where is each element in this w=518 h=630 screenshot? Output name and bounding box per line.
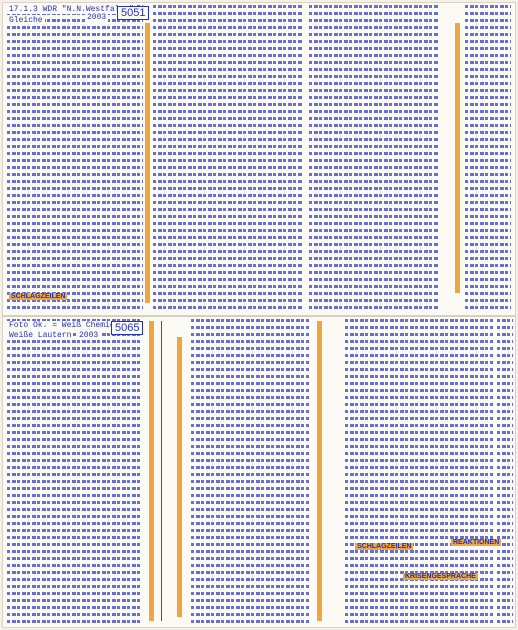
page-number-box: 5051 bbox=[117, 6, 149, 20]
top-margin-column bbox=[465, 5, 511, 311]
highlight-tag: KRISENGESPRÄCHE bbox=[403, 573, 478, 580]
header-subtext: Weiße Lautern bbox=[7, 331, 73, 340]
vertical-highlight bbox=[149, 321, 154, 621]
highlighted-label: SCHLAGZEILEN bbox=[9, 293, 67, 300]
manuscript-sheet: 17.1.3 WDR "N.N.Westfalen" 2003 5051 Gle… bbox=[2, 2, 516, 628]
header-year: 2003 bbox=[77, 331, 100, 340]
vertical-line bbox=[161, 321, 162, 621]
highlight-tag: SCHLAGZEILEN bbox=[355, 543, 413, 550]
bottom-column-2 bbox=[191, 319, 309, 625]
page-number-box: 5065 bbox=[111, 321, 143, 335]
top-notebook-page: 17.1.3 WDR "N.N.Westfalen" 2003 5051 Gle… bbox=[3, 3, 515, 313]
top-column-1 bbox=[7, 5, 143, 311]
header-text: Foto Ok. = Weiß Chemie bbox=[7, 321, 117, 330]
highlight-tag: REAKTIONEN bbox=[451, 539, 501, 546]
first-line: Gleiche bbox=[7, 16, 45, 25]
vertical-highlight bbox=[317, 321, 322, 621]
vertical-highlight bbox=[455, 23, 460, 293]
top-column-2 bbox=[153, 5, 303, 311]
header-year: 2003 bbox=[85, 13, 108, 22]
top-column-3 bbox=[309, 5, 439, 311]
bottom-margin-column bbox=[497, 319, 513, 625]
vertical-highlight bbox=[145, 23, 150, 303]
bottom-notebook-page: Foto Ok. = Weiß Chemie Weiße Lautern 200… bbox=[3, 315, 515, 627]
vertical-highlight bbox=[177, 337, 182, 617]
bottom-column-1 bbox=[7, 319, 141, 625]
